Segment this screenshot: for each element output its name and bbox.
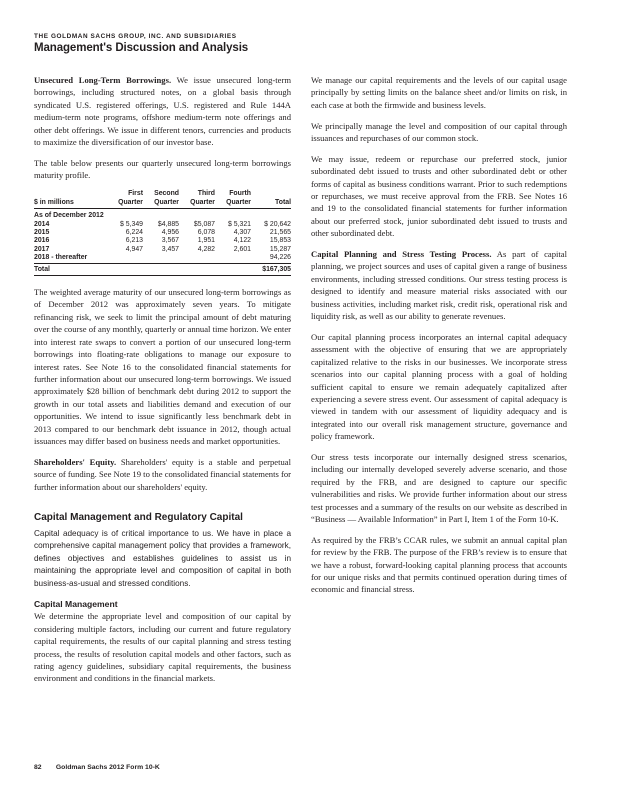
paragraph-capital-limits: We manage our capital requirements and t… (311, 74, 567, 111)
table-header-row: $ in millions First Quarter Second Quart… (34, 190, 291, 209)
footer-title: Goldman Sachs 2012 Form 10-K (56, 764, 160, 771)
paragraph-capital-adequacy-assessment: Our capital planning process incorporate… (311, 331, 567, 443)
paragraph-capital-planning: Capital Planning and Stress Testing Proc… (311, 248, 567, 322)
maturity-profile-table: $ in millions First Quarter Second Quart… (34, 190, 291, 276)
col-header-q1: First Quarter (105, 190, 143, 209)
table-row: 2015 6,224 4,956 6,078 4,307 21,565 (34, 229, 291, 237)
running-head: The Goldman Sachs Group, Inc. and Subsid… (34, 33, 434, 55)
paragraph-unsecured-borrowings: Unsecured Long-Term Borrowings. We issue… (34, 74, 291, 148)
left-column: Unsecured Long-Term Borrowings. We issue… (34, 74, 291, 693)
runin-heading: Shareholders' Equity. (34, 457, 116, 467)
company-name: The Goldman Sachs Group, Inc. and Subsid… (34, 33, 434, 41)
paragraph-preferred-stock: We may issue, redeem or repurchase our p… (311, 153, 567, 240)
page-number: 82 (34, 764, 54, 771)
col-header-q2: Second Quarter (143, 190, 179, 209)
col-header-units: $ in millions (34, 190, 105, 209)
subheading-capital-management: Capital Management (34, 598, 291, 610)
table-row: 2014 $ 5,349 $4,885 $5,087 $ 5,321 $ 20,… (34, 221, 291, 229)
paragraph-capital-adequacy: Capital adequacy is of critical importan… (34, 528, 291, 590)
table-row: 2017 4,947 3,457 4,282 2,601 15,287 (34, 246, 291, 254)
table-row-total: Total $167,305 (34, 263, 291, 275)
runin-heading: Capital Planning and Stress Testing Proc… (311, 249, 492, 259)
paragraph-table-intro: The table below presents our quarterly u… (34, 157, 291, 182)
paragraph-weighted-average-maturity: The weighted average maturity of our uns… (34, 286, 291, 447)
right-column: We manage our capital requirements and t… (311, 74, 567, 604)
paragraph-shareholders-equity: Shareholders' Equity. Shareholders' equi… (34, 456, 291, 493)
section-title: Management's Discussion and Analysis (34, 41, 434, 55)
page-footer: 82 Goldman Sachs 2012 Form 10-K (34, 764, 160, 771)
document-page: The Goldman Sachs Group, Inc. and Subsid… (0, 0, 618, 800)
paragraph-capital-determination: We determine the appropriate level and c… (34, 610, 291, 684)
table-row-thereafter: 2018 - thereafter 94,226 (34, 254, 291, 263)
paragraph-capital-composition: We principally manage the level and comp… (311, 120, 567, 145)
paragraph-ccar: As required by the FRB’s CCAR rules, we … (311, 534, 567, 596)
col-header-q3: Third Quarter (179, 190, 215, 209)
runin-heading: Unsecured Long-Term Borrowings. (34, 75, 171, 85)
paragraph-stress-tests: Our stress tests incorporate our interna… (311, 451, 567, 525)
col-header-total: Total (251, 190, 291, 209)
col-header-q4: Fourth Quarter (215, 190, 251, 209)
section-heading-capital-management: Capital Management and Regulatory Capita… (34, 511, 291, 525)
table-row-asof: As of December 2012 (34, 209, 291, 221)
table-row: 2016 6,213 3,567 1,951 4,122 15,853 (34, 237, 291, 245)
